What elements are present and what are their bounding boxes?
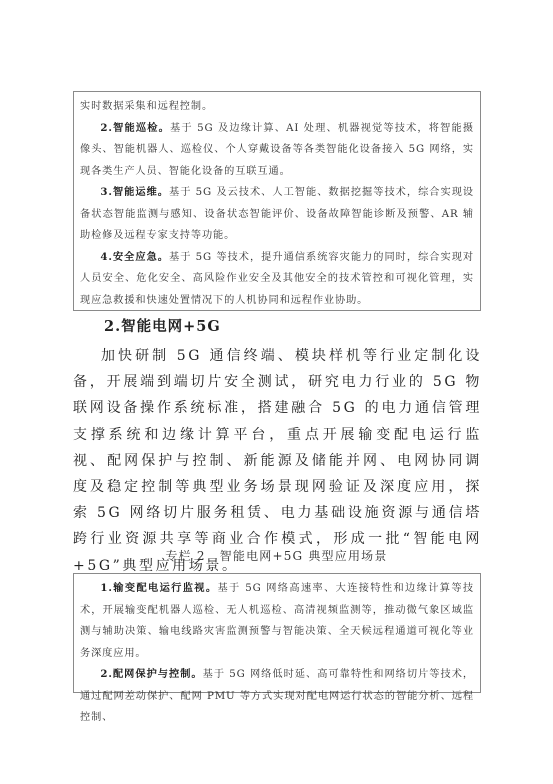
box-paragraph-safety-emergency: 4.安全应急。基于 5G 等技术，提升通信系统容灾能力的同时，综合实现对人员安全…	[80, 247, 474, 312]
paragraph-text: 基于 5G 网络高速率、大连接特性和边缘计算等技术，开展输变配机器人巡检、无人机…	[80, 583, 474, 659]
box-paragraph-operation-monitoring: 1.输变配电运行监视。基于 5G 网络高速率、大连接特性和边缘计算等技术，开展输…	[80, 578, 474, 664]
paragraph-lead: 2.智能巡检。	[100, 122, 170, 134]
feature-box-smart-grid: 1.输变配电运行监视。基于 5G 网络高速率、大连接特性和边缘计算等技术，开展输…	[73, 573, 481, 693]
paragraph-lead: 1.输变配电运行监视。	[100, 582, 217, 594]
box-paragraph: 实时数据采集和远程控制。	[80, 96, 474, 118]
box-paragraph-distribution-protection: 2.配网保护与控制。基于 5G 网络低时延、高可靠特性和网络切片等技术，通过配网…	[80, 664, 474, 729]
box-paragraph-smart-inspection: 2.智能巡检。基于 5G 及边缘计算、AI 处理、机器视觉等技术，将智能摄像头、…	[80, 118, 474, 183]
feature-box-caption: 专栏 2智能电网+5G 典型应用场景	[0, 546, 553, 566]
section-body: 加快研制 5G 通信终端、模块样机等行业定制化设备，开展端到端切片安全测试，研究…	[73, 343, 482, 579]
paragraph-text: 实时数据采集和远程控制。	[80, 101, 213, 112]
paragraph-lead: 2.配网保护与控制。	[100, 668, 202, 680]
caption-title: 智能电网+5G 典型应用场景	[220, 549, 388, 563]
feature-box-smart-mining: 实时数据采集和远程控制。 2.智能巡检。基于 5G 及边缘计算、AI 处理、机器…	[73, 91, 481, 311]
caption-label: 专栏 2	[165, 549, 205, 563]
section-heading: 2.智能电网+5G	[104, 316, 221, 338]
box-paragraph-smart-maintenance: 3.智能运维。基于 5G 及云技术、人工智能、数据挖掘等技术，综合实现设备状态智…	[80, 182, 474, 247]
paragraph-lead: 4.安全应急。	[100, 251, 169, 263]
paragraph-lead: 3.智能运维。	[100, 186, 169, 198]
